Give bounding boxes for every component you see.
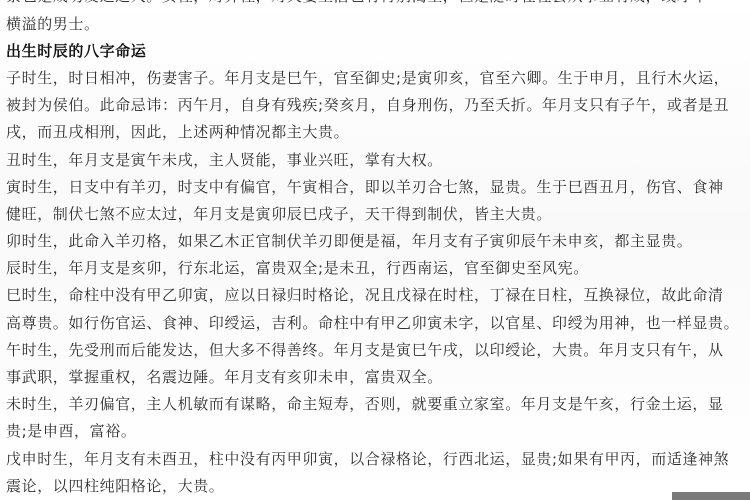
document-page: 景也是成功发达之人。女性，对异性，对夫妻生活也有特别渴望，但是随时在社会从事业有… (0, 0, 750, 500)
paragraph-zi-hour-line: 戌，而丑戌相刑，因此，上述两种情况都主大贵。 (6, 119, 750, 146)
paragraph-wushen-hour-line: 戊申时生，年月支有未酉丑，柱中没有丙甲卯寅，以合禄格论，行西北运，显贵;如果有甲… (6, 446, 750, 473)
paragraph-si-hour-line: 巳时生，命柱中没有甲乙卯寅，应以日禄归时格论，况且戊禄在时柱，丁禄在日柱，互换禄… (6, 282, 750, 309)
paragraph-yin-hour-line: 健旺，制伏七煞不应太过，年月支是寅卯辰巳戌子，天干得到制伏，皆主大贵。 (6, 201, 750, 228)
text-line-cut-top: 景也是成功发达之人。女性，对异性，对夫妻生活也有特别渴望，但是随时在社会从事业有… (6, 0, 750, 11)
paragraph-wei-hour-line: 贵;是申酉，富裕。 (6, 418, 750, 445)
paragraph-mao-hour-line: 卯时生，此命入羊刃格，如果乙木正官制伏羊刃即便是福，年月支有子寅卯辰午未申亥，都… (6, 228, 750, 255)
paragraph-wu-hour-line: 事武职，掌握重权，名震边陲。年月支有亥卯未申，富贵双全。 (6, 364, 750, 391)
paragraph-zi-hour-line: 子时生，时日相冲，伤妻害子。年月支是巳午，官至御史;是寅卯亥，官至六卿。生于申月… (6, 65, 750, 92)
paragraph-zi-hour-line: 被封为侯伯。此命忌讳：丙午月，自身有残疾;癸亥月，自身刑伤，乃至夭折。年月支只有… (6, 92, 750, 119)
paragraph-wushen-hour-line: 震论，以四柱纯阳格论，大贵。 (6, 473, 750, 500)
paragraph-wei-hour-line: 未时生，羊刃偏官，主人机敏而有谋略，命主短寿，否则，就要重立家室。年月支是午亥，… (6, 391, 750, 418)
section-heading: 出生时辰的八字命运 (6, 38, 750, 65)
paragraph-yin-hour-line: 寅时生，日支中有羊刃，时支中有偏官，午寅相合，即以羊刃合七煞，显贵。生于巳酉丑月… (6, 174, 750, 201)
bottom-gray-bar (672, 492, 750, 500)
article-body: 景也是成功发达之人。女性，对异性，对夫妻生活也有特别渴望，但是随时在社会从事业有… (6, 0, 750, 500)
paragraph-chen-hour-line: 辰时生，年月支是亥卯，行东北运，富贵双全;是未丑，行西南运，官至御史至风宪。 (6, 255, 750, 282)
paragraph-chou-hour-line: 丑时生，年月支是寅午未戌，主人贤能，事业兴旺，掌有大权。 (6, 147, 750, 174)
paragraph-wu-hour-line: 午时生，先受刑而后能发达，但大多不得善终。年月支是寅巳午戌，以印绶论，大贵。年月… (6, 337, 750, 364)
text-line: 横溢的男士。 (6, 11, 750, 38)
paragraph-si-hour-line: 高尊贵。如行伤官运、食神、印绶运，吉利。命柱中有甲乙卯寅未字，以官星、印绶为用神… (6, 310, 750, 337)
